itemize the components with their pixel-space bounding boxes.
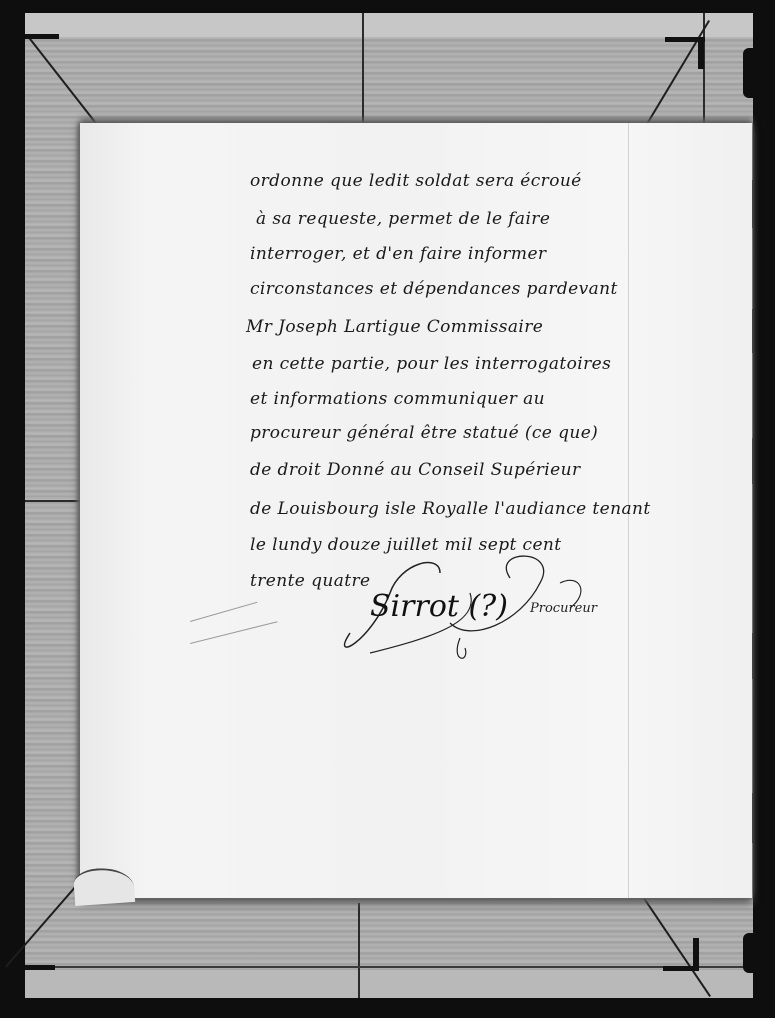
manuscript-line: circonstances et dépendances pardevant bbox=[250, 279, 618, 299]
signature-name: Sirrot (?) bbox=[370, 589, 508, 624]
manuscript-line: ordonne que ledit soldat sera écroué bbox=[250, 171, 582, 191]
manuscript-line: de droit Donné au Conseil Supérieur bbox=[250, 460, 580, 480]
film-edge-notch bbox=[743, 933, 753, 973]
manuscript-line: procureur général être statué (ce que) bbox=[250, 423, 598, 443]
manuscript-line: de Louisbourg isle Royalle l'audiance te… bbox=[250, 499, 651, 519]
corner-diagonal bbox=[5, 882, 80, 968]
signature-block: Sirrot (?) Procureur bbox=[330, 553, 620, 663]
frame-guide-line bbox=[25, 500, 80, 502]
signature-title: Procureur bbox=[530, 601, 597, 616]
corner-diagonal bbox=[27, 36, 96, 124]
frame-guide-line bbox=[25, 966, 753, 968]
manuscript-line: le lundy douze juillet mil sept cent bbox=[250, 535, 562, 555]
corner-bracket bbox=[698, 37, 704, 69]
corner-bracket bbox=[25, 965, 55, 970]
stray-mark bbox=[190, 621, 278, 644]
stray-mark bbox=[190, 602, 258, 622]
frame-bottom-strip bbox=[25, 970, 753, 998]
manuscript-line: Mr Joseph Lartigue Commissaire bbox=[246, 317, 543, 337]
manuscript-page: ordonne que ledit soldat sera écroué à s… bbox=[80, 123, 752, 898]
manuscript-line: en cette partie, pour les interrogatoire… bbox=[252, 354, 611, 374]
corner-bracket bbox=[693, 938, 699, 971]
corner-bracket bbox=[25, 34, 59, 39]
frame-top-strip bbox=[25, 13, 753, 37]
frame-guide-line bbox=[358, 903, 360, 998]
torn-corner bbox=[73, 866, 135, 906]
manuscript-line: à sa requeste, permet de le faire bbox=[256, 209, 550, 229]
film-edge-notch bbox=[743, 48, 753, 98]
frame-guide-line bbox=[362, 13, 364, 123]
manuscript-line: interroger, et d'en faire informer bbox=[250, 244, 546, 264]
manuscript-line: et informations communiquer au bbox=[250, 389, 545, 409]
